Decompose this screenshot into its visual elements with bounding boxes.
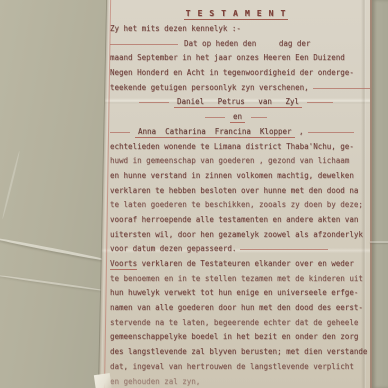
witness-line: teekende getuigen persoonlyk zyn versche…: [110, 81, 362, 96]
partial-bottom-line: en gehouden zal zyn,: [110, 375, 362, 388]
text-line: uitersten wil, door hen gezamelyk zoowel…: [110, 228, 362, 243]
paper-crease: [2, 151, 21, 219]
paper-crease: [0, 274, 109, 292]
opening-line: Zy het mits dezen kennelyk :-: [110, 22, 362, 37]
ruled-line: [308, 131, 354, 133]
wife-name: Anna Catharina Francina Klopper: [135, 127, 295, 138]
paper-crease: [370, 241, 388, 243]
date-line: Dat op heden den dag der: [110, 37, 362, 52]
text: gemeenschappelyke boedel in het bezit en…: [110, 332, 358, 341]
text: en hunne verstand in zinnen volkomen mac…: [110, 171, 354, 180]
text-line: te laten goederen te beschikken, zooals …: [110, 198, 362, 213]
text: uitersten wil, door hen gezamelyk zoowel…: [110, 230, 363, 239]
text-line: echtelieden wonende te Limana district T…: [110, 140, 362, 155]
document-title: T E S T A M E N T: [184, 8, 289, 20]
text-line: maand September in het jaar onzes Heeren…: [110, 51, 362, 66]
text: vooraf herroepende alle testamenten en a…: [110, 215, 358, 224]
ruled-line: [307, 101, 333, 103]
text: maand September in het jaar onzes Heeren…: [110, 53, 345, 62]
paper-crease: [0, 237, 111, 263]
text-line: te benoemen en in te stellen tezamen met…: [110, 272, 362, 287]
text-line: hun huwelyk verwekt tot hun enige en uni…: [110, 286, 362, 301]
text: voor datum dezen gepasseerd.: [110, 244, 236, 253]
testament-page: T E S T A M E N T Zy het mits dezen kenn…: [96, 0, 370, 388]
voorts-underlined-word: Voorts: [110, 259, 137, 270]
voorts-line: Voorts verklaren de Testateuren elkander…: [110, 257, 362, 272]
text: verklaren te hebben besloten over hunne …: [110, 186, 358, 195]
text: dat, ingeval van hertrouwen de langstlev…: [110, 362, 354, 371]
ruled-line: [205, 116, 225, 118]
text: namen van alle goederen door hun met den…: [110, 303, 363, 312]
passed-line: voor datum dezen gepasseerd.: [110, 242, 362, 257]
text: huwd in gemeenschap van goederen , gezon…: [110, 156, 349, 165]
text: echtelieden wonende te Limana district T…: [110, 142, 354, 151]
document-photo: T E S T A M E N T Zy het mits dezen kenn…: [0, 0, 388, 388]
text-line: namen van alle goederen door hun met den…: [110, 301, 362, 316]
right-page-edge: [370, 0, 388, 388]
text: ,: [295, 127, 304, 136]
conjunction-en: en: [230, 112, 245, 123]
text-line: vooraf herroepende alle testamenten en a…: [110, 213, 362, 228]
text-line: dat, ingeval van hertrouwen de langstlev…: [110, 360, 362, 375]
text: te benoemen en in te stellen tezamen met…: [110, 274, 363, 283]
typed-text-block: T E S T A M E N T Zy het mits dezen kenn…: [96, 0, 370, 388]
text-line: stervende na te laten, begeerende echter…: [110, 316, 362, 331]
text-line: verklaren te hebben besloten over hunne …: [110, 184, 362, 199]
text: hun huwelyk verwekt tot hun enige en uni…: [110, 288, 358, 297]
husband-name: Daniel Petrus van Zyl: [174, 97, 302, 108]
text: verklaren de Testateuren elkander over e…: [137, 259, 354, 268]
ruled-line: [110, 43, 178, 45]
ruled-line: [110, 131, 130, 133]
title-line: T E S T A M E N T: [110, 4, 362, 22]
page-corner-highlight: [94, 373, 112, 388]
text: te laten goederen te beschikken, zooals …: [110, 200, 363, 209]
text-line: des langstlevende zal blyven berusten; m…: [110, 345, 362, 360]
blank-facing-page: [0, 0, 108, 388]
opening-text: Zy het mits dezen kennelyk :-: [110, 24, 241, 33]
ruled-line: [251, 116, 267, 118]
ruled-line: [313, 87, 377, 89]
text: en gehouden zal zyn,: [110, 377, 200, 386]
ruled-line: [139, 101, 169, 103]
text: teekende getuigen persoonlyk zyn versche…: [110, 83, 309, 92]
text-line: Negen Honderd en Acht in tegenwoordighei…: [110, 66, 362, 81]
date-text: Dat op heden den dag der: [184, 39, 310, 48]
text-line: en hunne verstand in zinnen volkomen mac…: [110, 169, 362, 184]
text: Negen Honderd en Acht in tegenwoordighei…: [110, 68, 354, 77]
ruled-line: [240, 248, 328, 250]
text-line: huwd in gemeenschap van goederen , gezon…: [110, 154, 362, 169]
husband-name-line: Daniel Petrus van Zyl: [110, 95, 362, 110]
text: stervende na te laten, begeerende echter…: [110, 318, 358, 327]
conjunction-line: en: [110, 110, 362, 125]
text-line: gemeenschappelyke boedel in het bezit en…: [110, 330, 362, 345]
text: des langstlevende zal blyven berusten; m…: [110, 347, 367, 356]
wife-name-line: Anna Catharina Francina Klopper ,: [110, 125, 362, 140]
